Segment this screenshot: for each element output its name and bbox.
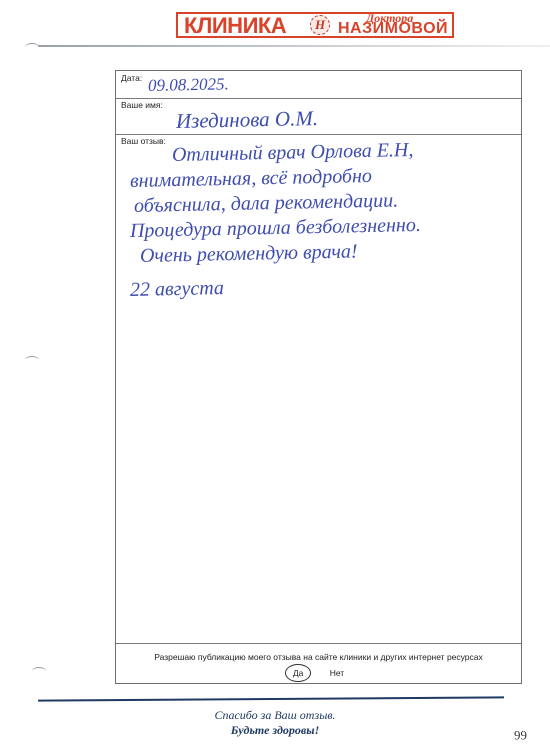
consent-yes-option[interactable]: Да [289,668,307,678]
feedback-form: Дата: 09.08.2025. Ваше имя: Изединова О.… [115,70,522,684]
name-value: Изединова О.М. [176,106,319,134]
date-row: Дата: 09.08.2025. [116,71,521,99]
review-line: Процедура прошла безболезненно. [130,214,421,243]
date-label: Дата: [121,73,142,83]
review-line: внимательная, всё подробно [130,165,372,193]
punch-hole-icon [25,356,39,364]
footer-divider [38,696,504,701]
page-number: 66 [514,727,527,743]
review-line: объяснила, дала рекомендации. [134,189,399,218]
name-row: Ваше имя: Изединова О.М. [116,98,521,135]
date-value: 09.08.2025. [148,74,229,96]
review-extra-note: 22 августа [130,277,224,302]
review-label: Ваш отзыв: [121,136,166,146]
logo-clinic-word: КЛИНИКА [184,15,286,37]
clinic-logo: КЛИНИКА Н Доктора НАЗИМОВОЙ [176,12,454,38]
consent-options: Да Нет [116,668,521,678]
consent-text: Разрешаю публикацию моего отзыва на сайт… [116,652,521,662]
logo-surname: НАЗИМОВОЙ [338,21,448,37]
footer-wish: Будьте здоровы! [0,723,550,738]
punch-hole-icon [25,43,39,51]
consent-no-option[interactable]: Нет [326,668,348,678]
emblem-icon: Н [310,15,330,35]
punch-hole-icon [32,667,46,675]
consent-row: Разрешаю публикацию моего отзыва на сайт… [116,643,521,683]
name-label: Ваше имя: [121,100,163,110]
review-line: Отличный врач Орлова Е.Н, [172,139,414,167]
review-row: Ваш отзыв: Отличный врач Орлова Е.Н, вни… [116,134,521,644]
review-line: Очень рекомендую врача! [140,240,358,268]
footer-thanks: Спасибо за Ваш отзыв. [0,708,550,723]
header-divider [38,45,550,47]
